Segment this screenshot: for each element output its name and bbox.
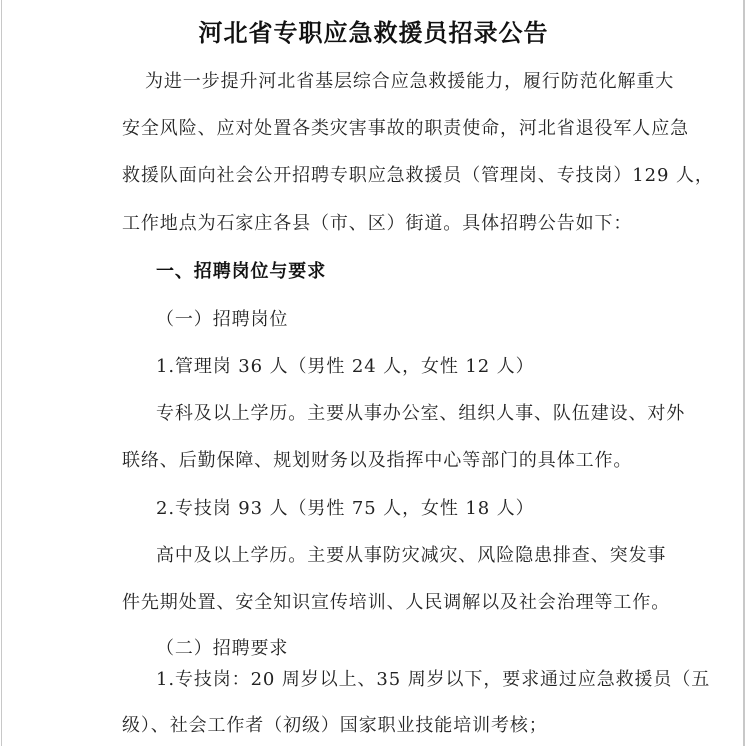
section-heading-recruitment: 一、招聘岗位与要求 bbox=[156, 260, 326, 284]
position-management-title: 1.管理岗 36 人（男性 24 人，女性 12 人） bbox=[156, 355, 535, 379]
intro-line-3: 救援队面向社会公开招聘专职应急救援员（管理岗、专技岗）129 人， bbox=[122, 164, 714, 188]
intro-line-2: 安全风险、应对处置各类灾害事故的职责使命，河北省退役军人应急 bbox=[122, 117, 689, 141]
subsection-heading-positions: （一）招聘岗位 bbox=[156, 308, 288, 332]
position-technical-desc-1: 高中及以上学历。主要从事防灾减灾、风险隐患排查、突发事 bbox=[156, 544, 666, 568]
intro-line-1: 为进一步提升河北省基层综合应急救援能力，履行防范化解重大 bbox=[145, 70, 674, 94]
position-technical-desc-2: 件先期处置、安全知识宣传培训、人民调解以及社会治理等工作。 bbox=[122, 591, 670, 615]
requirement-technical-line-2: 级）、社会工作者（初级）国家职业技能培训考核； bbox=[122, 714, 548, 738]
position-management-desc-2: 联络、后勤保障、规划财务以及指挥中心等部门的具体工作。 bbox=[122, 449, 632, 473]
position-technical-title: 2.专技岗 93 人（男性 75 人，女性 18 人） bbox=[156, 497, 535, 521]
position-management-desc-1: 专科及以上学历。主要从事办公室、组织人事、队伍建设、对外 bbox=[156, 402, 685, 426]
requirement-technical-line-1: 1.专技岗：20 周岁以上、35 周岁以下，要求通过应急救援员（五 bbox=[156, 668, 710, 692]
document-title: 河北省专职应急救援员招录公告 bbox=[0, 18, 747, 48]
subsection-heading-requirements: （二）招聘要求 bbox=[156, 637, 288, 661]
intro-line-4: 工作地点为石家庄各县（市、区）街道。具体招聘公告如下： bbox=[122, 212, 632, 236]
